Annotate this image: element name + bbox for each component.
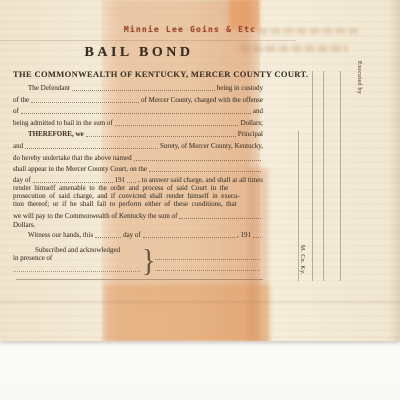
paragraph-line-2: render himself amenable to the order and… (13, 184, 265, 192)
blank-fill-line (33, 182, 113, 183)
dollars-label: Dollars. (13, 221, 265, 229)
row-post-text: Surety, of Mercer County, Kentucky, (160, 142, 263, 150)
row-pre-text: Witness our hands, this (13, 231, 93, 239)
row-end-text: , 191 (237, 231, 251, 239)
row-post-text: being in custody (217, 84, 263, 92)
row-post-text: of Mercer County, charged with the offen… (141, 96, 263, 104)
paragraph-year: 191 (115, 176, 126, 184)
witness-signature-line (13, 270, 140, 272)
row-pre-text: of (13, 107, 19, 115)
form-row-witness: Witness our hands, this day of , 191 (13, 231, 263, 239)
row-post-text: and (253, 107, 263, 115)
form-row-offense: of and (13, 107, 263, 115)
bottom-rule-line (16, 279, 263, 280)
paragraph-lead: day of (13, 176, 31, 184)
ruled-line (323, 71, 324, 281)
executed-by-label: Executed by (356, 61, 362, 94)
form-row-undertake: do hereby undertake that the above named (13, 154, 263, 162)
row-pre-text: THEREFORE, we (13, 130, 84, 138)
form-row-principal: THEREFORE, we Principal (13, 130, 263, 138)
county-abbreviation: M. Co. Ky. (299, 245, 305, 275)
paragraph-line-4: tion thereof; or if he shall fail to per… (13, 200, 265, 208)
blank-fill-line (149, 171, 261, 172)
row-pre-text: The Defendant (13, 84, 70, 92)
document-paper: Minnie Lee Goins & Etc BAIL BOND THE COM… (0, 0, 400, 341)
brace-glyph: } (142, 243, 156, 277)
row-mid-text: day of (123, 231, 141, 239)
row-post-text: Dollars; (240, 119, 263, 127)
row-pre-text: do hereby undertake that the above named (13, 154, 132, 162)
paragraph-line1-rest: , to answer said charge, and shall at al… (138, 176, 263, 184)
blank-fill-line (115, 125, 239, 126)
row-pre-text: being admitted to bail in the sum of (13, 119, 113, 127)
blank-fill-line (21, 113, 251, 114)
typed-case-header: Minnie Lee Goins & Etc (110, 25, 270, 34)
form-row-bail-sum: being admitted to bail in the sum of Dol… (13, 119, 263, 127)
form-row-pay: we will pay to the Commonwealth of Kentu… (13, 212, 263, 220)
paragraph-line-3: prosecution of said charge, and if convi… (13, 192, 265, 200)
row-pre-text: of the (13, 96, 29, 104)
blank-fill-line (25, 148, 158, 149)
blank-fill-line (143, 237, 235, 238)
row-pre-text: and (13, 142, 23, 150)
fold-crease (0, 301, 400, 303)
signature-line (155, 258, 260, 260)
row-pre-text: shall appear in the Mercer County Court,… (13, 165, 147, 173)
court-heading: THE COMMONWEALTH OF KENTUCKY, MERCER COU… (13, 69, 267, 79)
blank-fill-line (179, 218, 261, 219)
ruled-line (312, 71, 313, 281)
form-row-defendant: The Defendant being in custody (13, 84, 263, 92)
paper-edge-shadow (388, 0, 400, 341)
ruled-line (340, 71, 341, 281)
scan-background: Minnie Lee Goins & Etc BAIL BOND THE COM… (0, 0, 400, 400)
divider-line (0, 40, 296, 41)
blank-fill-line (86, 136, 236, 137)
subscribed-line-1: Subscribed and acknowledged (13, 246, 141, 254)
document-title: BAIL BOND (13, 45, 265, 61)
paragraph-line-1: day of 191 , to answer said charge, and … (13, 176, 263, 184)
blank-fill-line (31, 102, 139, 103)
form-row-appear: shall appear in the Mercer County Court,… (13, 165, 263, 173)
bleed-through-smudge (258, 28, 358, 34)
blank-fill-line (72, 90, 215, 91)
row-pre-text: we will pay to the Commonwealth of Kentu… (13, 212, 177, 220)
signature-line (155, 269, 260, 271)
scan-stain-bottom (104, 284, 270, 341)
blank-fill-line (127, 182, 136, 183)
subscribed-line-2: in presence of (13, 254, 141, 262)
form-row-jail: of the of Mercer County, charged with th… (13, 96, 263, 104)
blank-fill-line (95, 237, 121, 238)
blank-fill-line (253, 237, 261, 238)
subscribed-text: Subscribed and acknowledged in presence … (13, 246, 141, 262)
form-row-surety: and Surety, of Mercer County, Kentucky, (13, 142, 263, 150)
blank-fill-line (134, 160, 261, 161)
row-post-text: Principal (238, 130, 263, 138)
